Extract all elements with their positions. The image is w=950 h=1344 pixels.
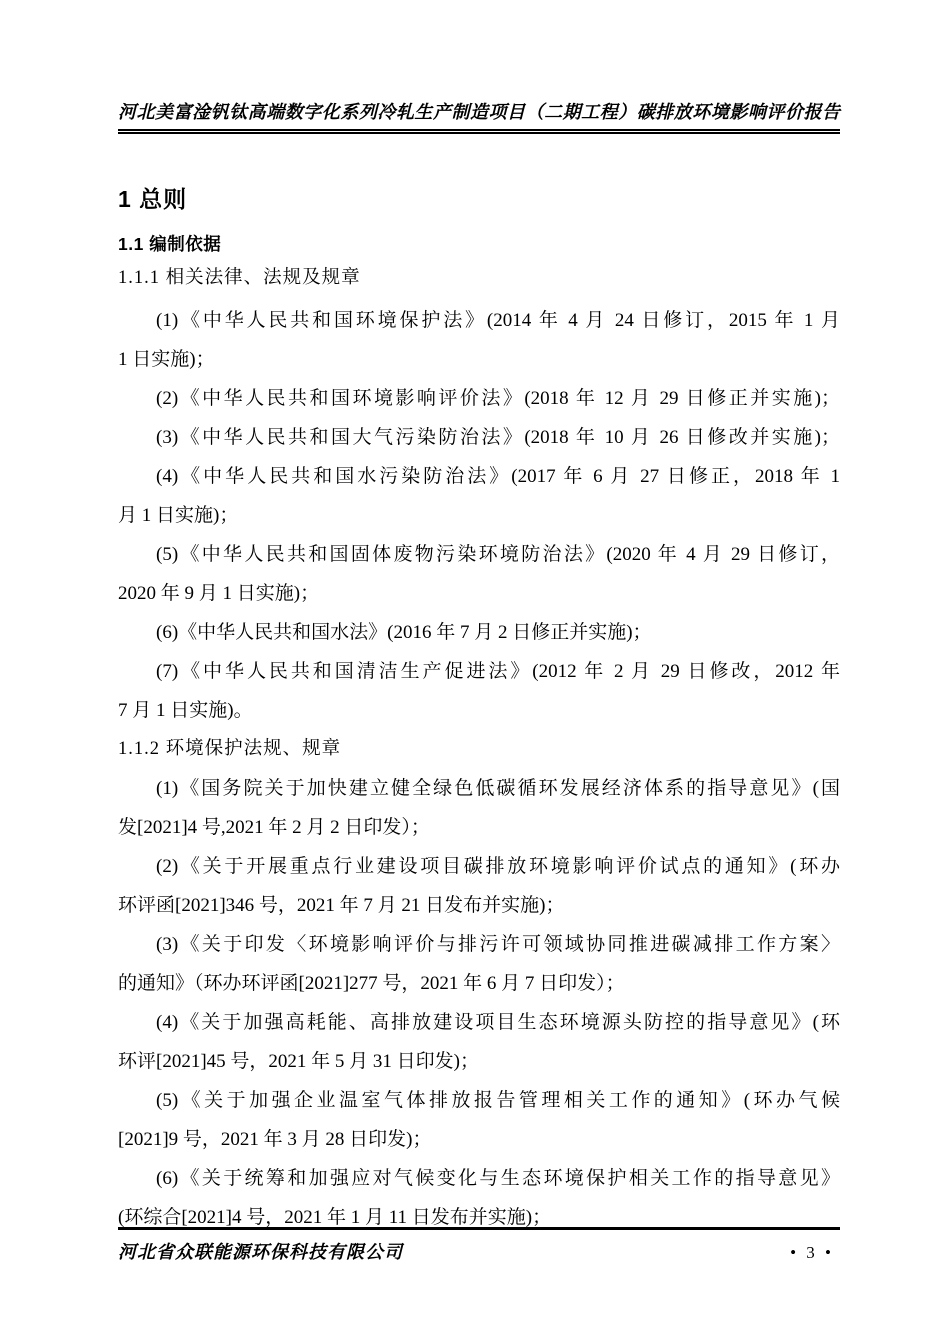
header-double-rule bbox=[118, 129, 840, 134]
reg-item-4-line-2: 环评[2021]45 号，2021 年 5 月 31 日印发)； bbox=[118, 1042, 840, 1081]
heading-section-1-1: 1.1 编制依据 bbox=[118, 232, 840, 265]
reg-item-5-line-2: [2021]9 号，2021 年 3 月 28 日印发)； bbox=[118, 1120, 840, 1159]
law-item-4-line-2: 月 1 日实施)； bbox=[118, 496, 840, 535]
reg-item-3-line-1: (3)《关于印发〈环境影响评价与排污许可领域协同推进碳减排工作方案〉 bbox=[118, 925, 840, 964]
reg-item-1-line-2: 发[2021]4 号,2021 年 2 月 2 日印发）； bbox=[118, 808, 840, 847]
law-item-1-line-1: (1)《中华人民共和国环境保护法》(2014 年 4 月 24 日修订，2015… bbox=[118, 301, 840, 340]
law-item-6: (6)《中华人民共和国水法》(2016 年 7 月 2 日修正并实施)； bbox=[118, 613, 840, 652]
law-item-4-line-1: (4)《中华人民共和国水污染防治法》(2017 年 6 月 27 日修正，201… bbox=[118, 457, 840, 496]
running-footer: 河北省众联能源环保科技有限公司 • 3 • bbox=[118, 1227, 840, 1264]
report-title: 河北美富淦钒钛高端数字化系列冷轧生产制造项目（二期工程）碳排放环境影响评价报告 bbox=[118, 100, 840, 125]
footer-company-name: 河北省众联能源环保科技有限公司 bbox=[118, 1238, 403, 1264]
document-page: 河北美富淦钒钛高端数字化系列冷轧生产制造项目（二期工程）碳排放环境影响评价报告 … bbox=[0, 0, 950, 1344]
heading-subsection-1-1-1: 1.1.1 相关法律、法规及规章 bbox=[118, 265, 840, 301]
heading-chapter-1: 1 总则 bbox=[118, 184, 840, 232]
law-item-1-line-2: 1 日实施)； bbox=[118, 340, 840, 379]
reg-item-5-line-1: (5)《关于加强企业温室气体排放报告管理相关工作的通知》(环办气候 bbox=[118, 1081, 840, 1120]
law-item-5-line-2: 2020 年 9 月 1 日实施)； bbox=[118, 574, 840, 613]
law-item-3: (3)《中华人民共和国大气污染防治法》(2018 年 10 月 26 日修改并实… bbox=[118, 418, 840, 457]
running-header: 河北美富淦钒钛高端数字化系列冷轧生产制造项目（二期工程）碳排放环境影响评价报告 bbox=[118, 100, 840, 134]
reg-item-6-line-1: (6)《关于统筹和加强应对气候变化与生态环境保护相关工作的指导意见》 bbox=[118, 1159, 840, 1198]
reg-item-1-line-1: (1)《国务院关于加快建立健全绿色低碳循环发展经济体系的指导意见》(国 bbox=[118, 769, 840, 808]
heading-subsection-1-1-2: 1.1.2 环境保护法规、规章 bbox=[118, 730, 840, 769]
reg-item-2-line-1: (2)《关于开展重点行业建设项目碳排放环境影响评价试点的通知》(环办 bbox=[118, 847, 840, 886]
law-item-7-line-2: 7 月 1 日实施)。 bbox=[118, 691, 840, 730]
law-item-2: (2)《中华人民共和国环境影响评价法》(2018 年 12 月 29 日修正并实… bbox=[118, 379, 840, 418]
law-item-5-line-1: (5)《中华人民共和国固体废物污染环境防治法》(2020 年 4 月 29 日修… bbox=[118, 535, 840, 574]
reg-item-4-line-1: (4)《关于加强高耗能、高排放建设项目生态环境源头防控的指导意见》(环 bbox=[118, 1003, 840, 1042]
page-number: • 3 • bbox=[790, 1243, 840, 1263]
law-item-7-line-1: (7)《中华人民共和国清洁生产促进法》(2012 年 2 月 29 日修改，20… bbox=[118, 652, 840, 691]
reg-item-2-line-2: 环评函[2021]346 号，2021 年 7 月 21 日发布并实施)； bbox=[118, 886, 840, 925]
reg-item-3-line-2: 的通知》（环办环评函[2021]277 号，2021 年 6 月 7 日印发）； bbox=[118, 964, 840, 1003]
document-body: 1 总则 1.1 编制依据 1.1.1 相关法律、法规及规章 (1)《中华人民共… bbox=[118, 184, 840, 1237]
